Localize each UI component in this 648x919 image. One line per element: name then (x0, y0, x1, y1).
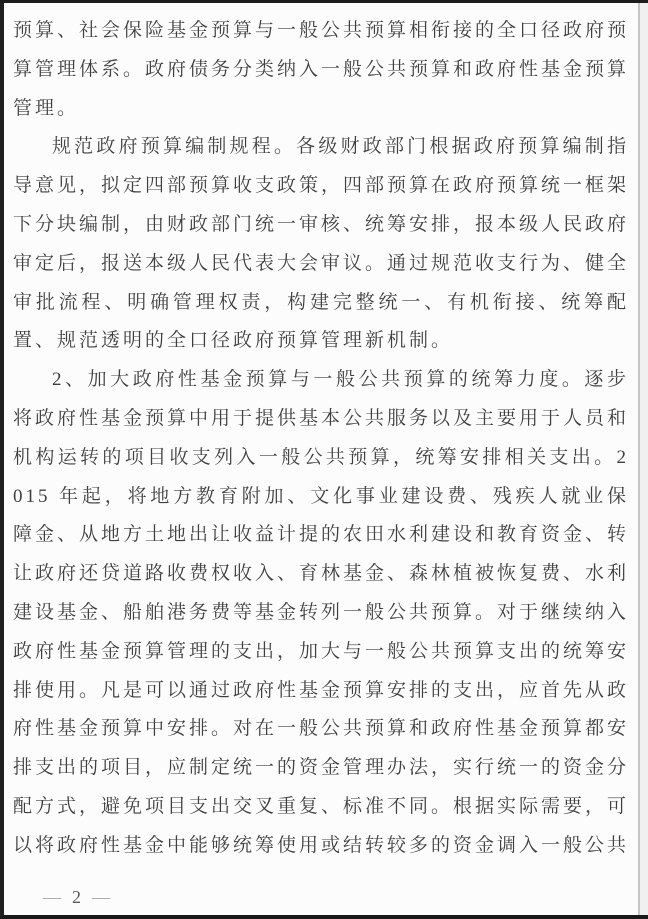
page-number-left-dash: — (34, 887, 72, 907)
paragraph-fund-budget-coordination: 2、加大政府性基金预算与一般公共预算的统筹力度。逐步将政府性基金预算中用于提供基… (13, 361, 629, 865)
paragraph-budget-system: 预算、社会保险基金预算与一般公共预算相衔接的全口径政府预算管理体系。政府债务分类… (13, 12, 629, 128)
document-page: 预算、社会保险基金预算与一般公共预算相衔接的全口径政府预算管理体系。政府债务分类… (0, 0, 648, 919)
scan-edge (638, 3, 648, 915)
paragraph-budget-compilation-rules: 规范政府预算编制规程。各级财政部门根据政府预算编制指导意见，拟定四部预算收支政策… (13, 128, 629, 361)
page-footer: —2— (34, 886, 121, 908)
page-number-right-dash: — (83, 887, 121, 907)
document-body: 预算、社会保险基金预算与一般公共预算相衔接的全口径政府预算管理体系。政府债务分类… (13, 12, 629, 866)
page-number: 2 (72, 887, 83, 907)
